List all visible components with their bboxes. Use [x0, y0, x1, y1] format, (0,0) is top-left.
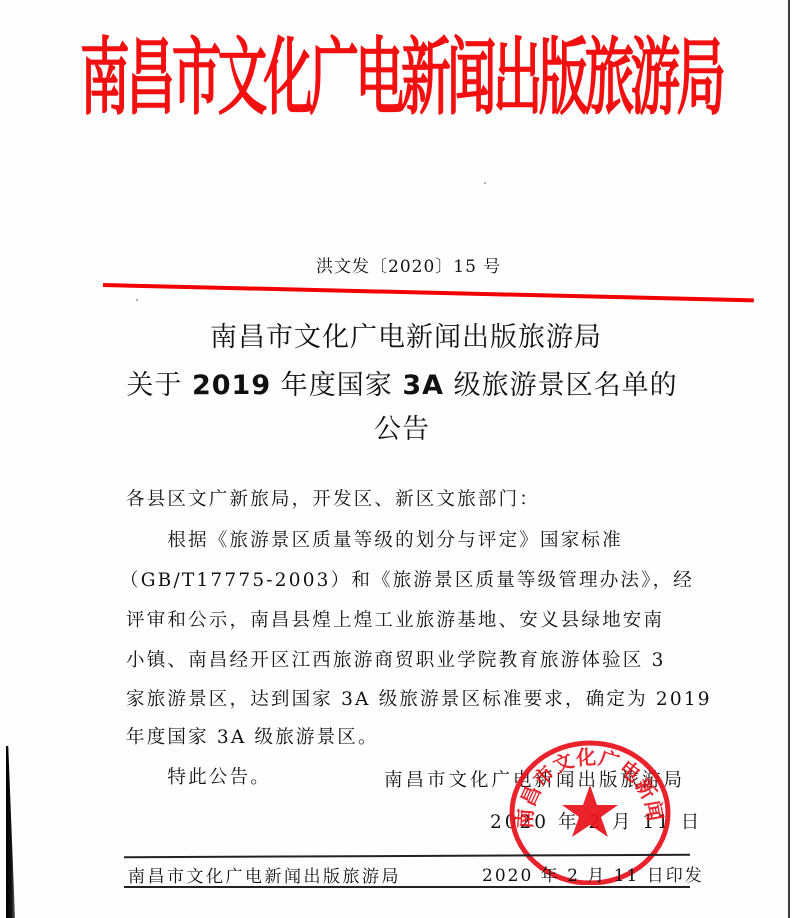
masthead-title: 南昌市文化广电新闻出版旅游局: [80, 35, 722, 119]
paragraph-line: 评审和公示，南昌县煌上煌工业旅游基地、安义县绿地安南: [126, 606, 711, 632]
signature-organization: 南昌市文化广电新闻出版旅游局: [384, 766, 685, 792]
title-prefix: 关于: [126, 370, 192, 401]
paragraph-line: （GB/T17775-2003）和《旅游景区质量等级管理办法》，经: [120, 566, 705, 592]
footer-bottom-rule: [124, 886, 690, 888]
footer-top-rule: [124, 854, 690, 858]
document-page: 南昌市文化广电新闻出版旅游局 洪文发〔2020〕15 号 南昌市文化广电新闻出版…: [0, 0, 792, 918]
scan-binding-shadow: [6, 746, 15, 918]
paragraph-line: 小镇、南昌经开区江西旅游商贸职业学院教育旅游体验区 3: [126, 646, 711, 672]
title-line-2: 关于 2019 年度国家 3A 级旅游景区名单的: [6, 363, 792, 402]
paragraph-line: 根据《旅游景区质量等级的划分与评定》国家标准: [126, 526, 711, 552]
footer-issue-date: 2020 年 2 月 11 日印发: [482, 861, 704, 886]
title-year: 2019: [192, 370, 271, 401]
red-masthead: 南昌市文化广电新闻出版旅游局: [80, 22, 780, 132]
paragraph-line: 家旅游景区，达到国家 3A 级旅游景区标准要求，确定为 2019: [126, 685, 711, 711]
title-suffix: 级旅游景区名单的: [444, 370, 678, 401]
scan-speck: [136, 299, 138, 301]
scan-speck: [484, 182, 486, 184]
scan-edge-border: [788, 0, 790, 918]
red-separator-line: [103, 283, 754, 302]
signature-date: 2020 年 2 月 11 日: [490, 808, 702, 834]
salutation: 各县区文广新旅局，开发区、新区文旅部门：: [126, 485, 711, 511]
title-line-1: 南昌市文化广电新闻出版旅游局: [10, 315, 792, 354]
title-level: 3A: [402, 370, 444, 401]
paragraph-line: 年度国家 3A 级旅游景区。: [126, 723, 711, 749]
title-mid: 年度国家: [271, 370, 402, 401]
title-line-3: 公告: [6, 407, 792, 446]
document-number: 洪文发〔2020〕15 号: [316, 252, 501, 277]
footer-issuer: 南昌市文化广电新闻出版旅游局: [128, 862, 401, 887]
